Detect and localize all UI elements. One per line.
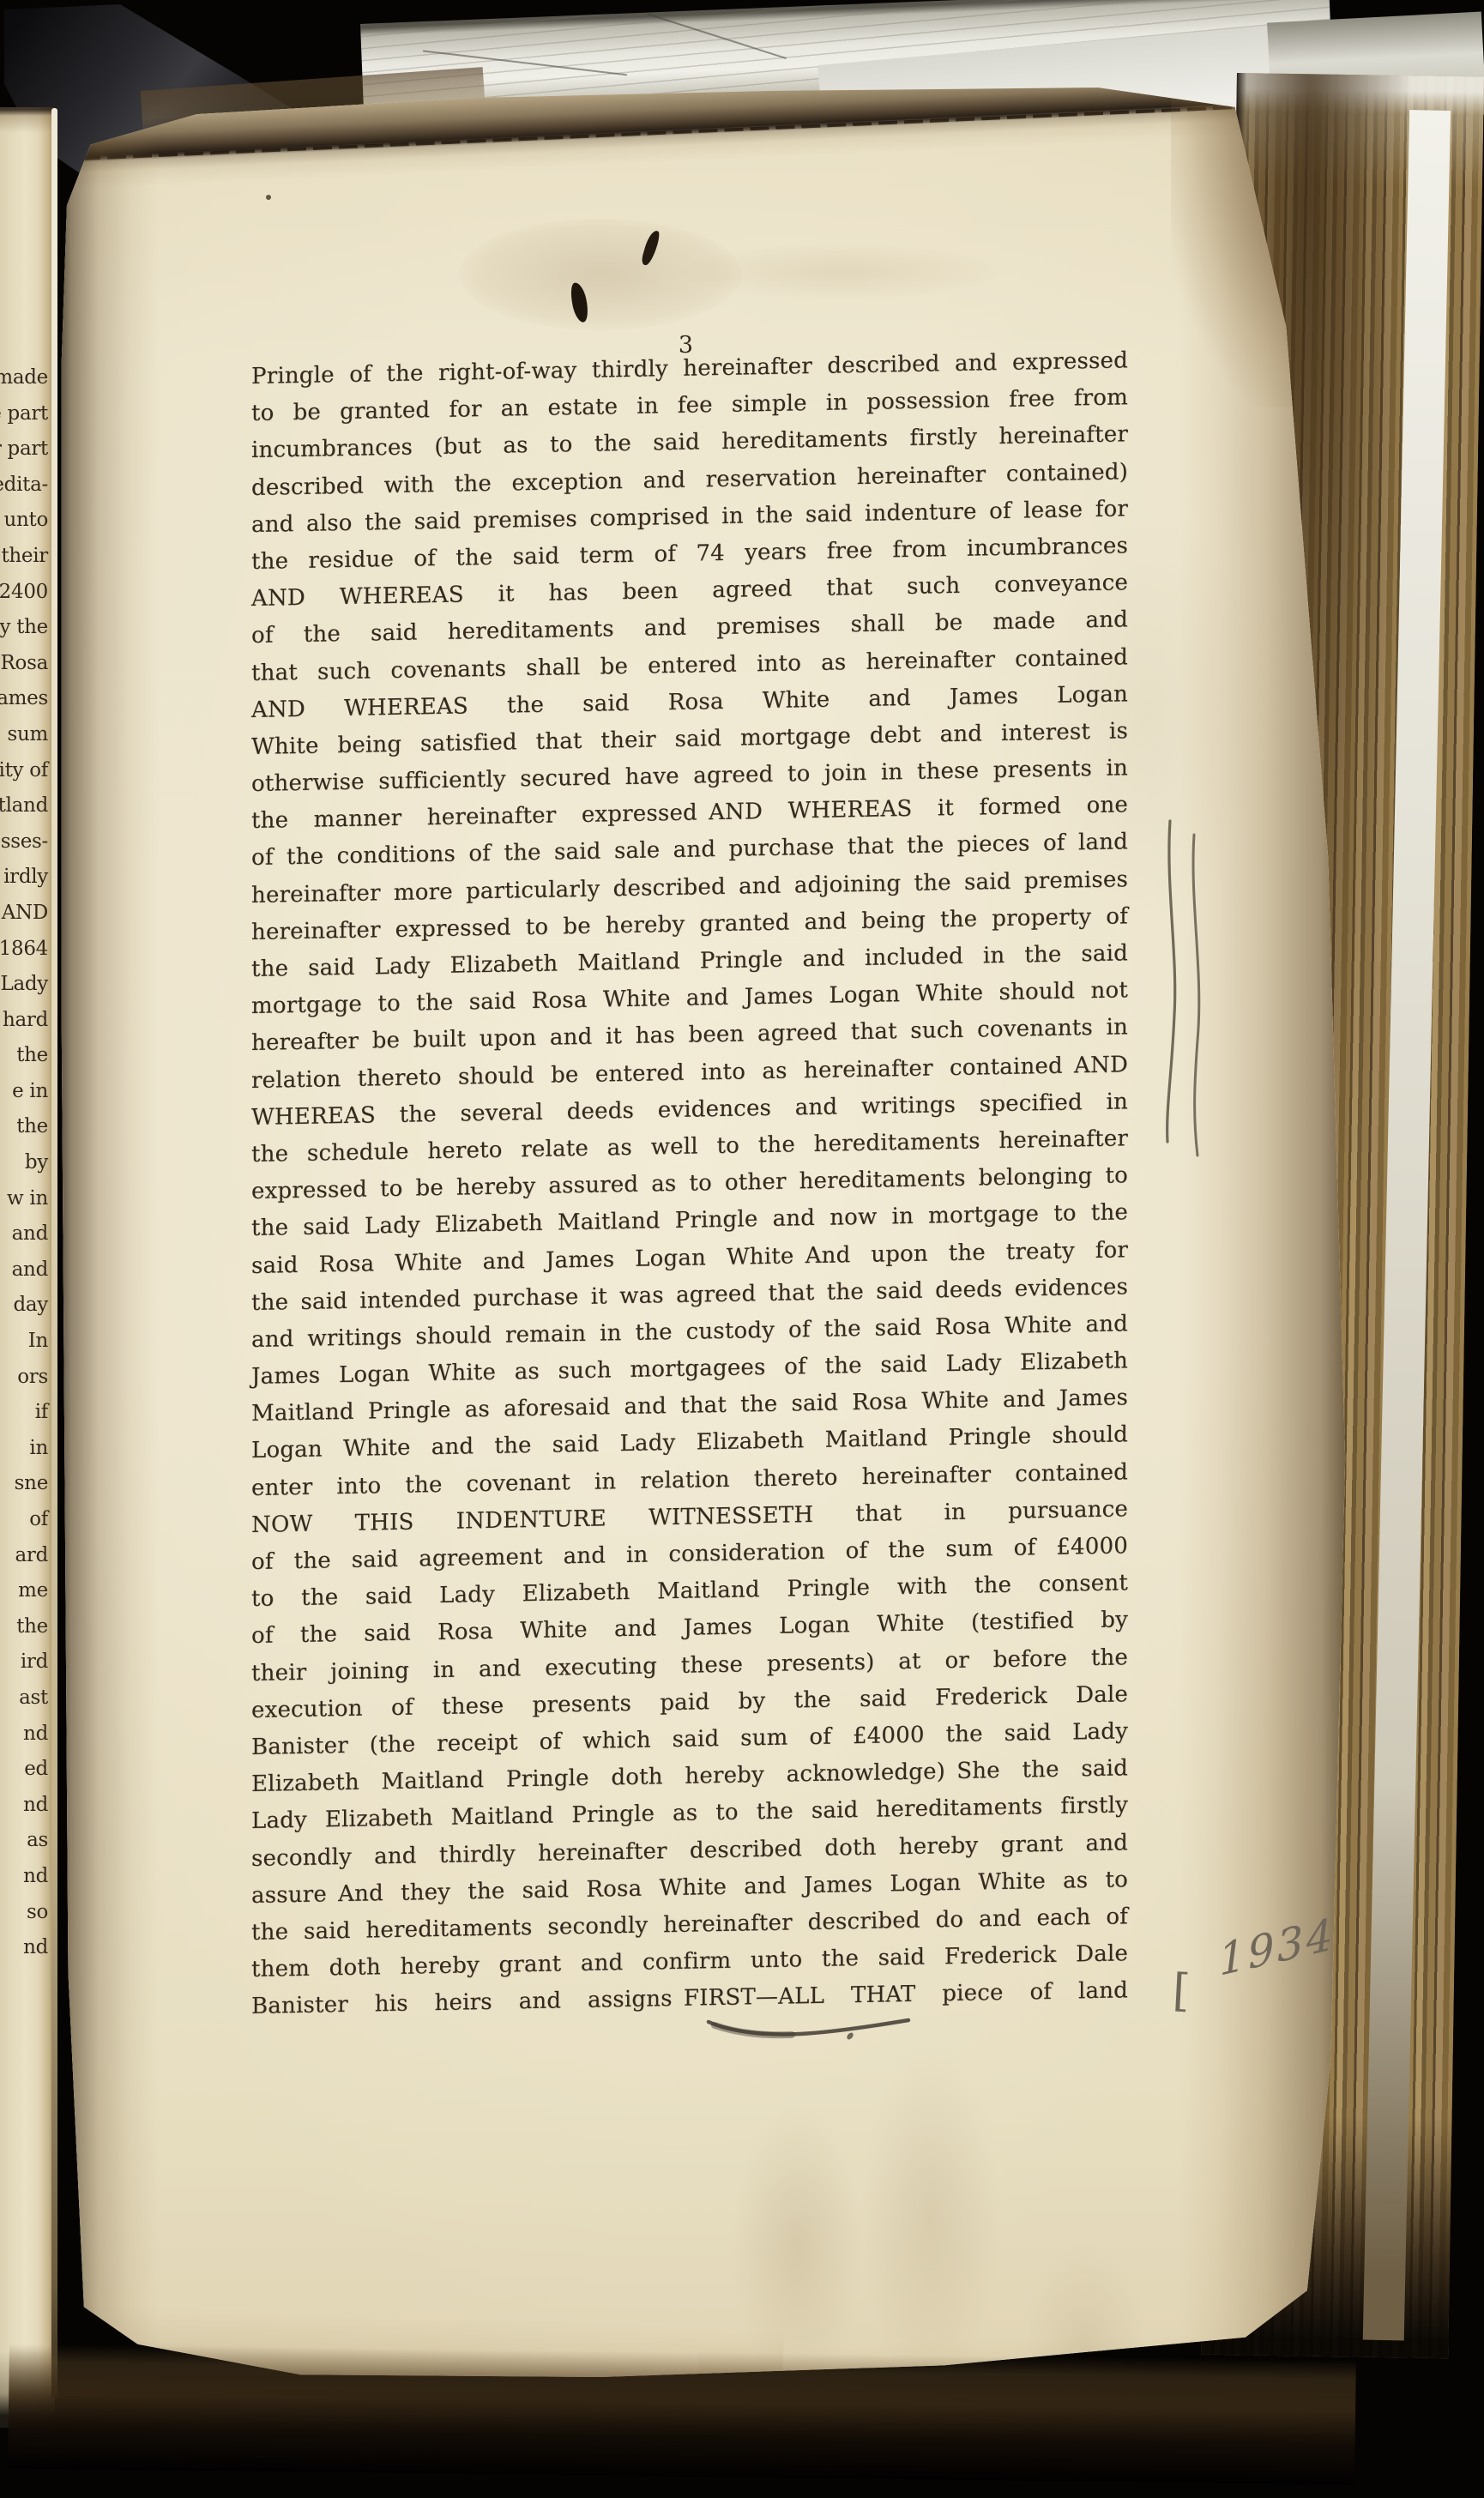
facing-page-line-fragment: ed bbox=[0, 1752, 48, 1788]
facing-page-line-fragment: r part bbox=[0, 431, 48, 468]
facing-page-line-fragment: Rosa bbox=[0, 646, 48, 682]
facing-page-line-fragment: e in bbox=[0, 1074, 48, 1110]
facing-page-line-fragment: the bbox=[0, 1609, 48, 1645]
facing-page-line-fragment: of bbox=[0, 1502, 48, 1538]
facing-page-line-fragment: day bbox=[0, 1288, 48, 1324]
facing-page-line-fragment: e part bbox=[0, 396, 48, 432]
book-page-scan: madee partr partedita-e untotheir£2400y … bbox=[0, 0, 1484, 2498]
facing-page-line-fragment: if bbox=[0, 1395, 48, 1431]
facing-page-line-fragment: made bbox=[0, 360, 48, 396]
fore-edge-light-stripe bbox=[1363, 110, 1451, 2340]
facing-page-line-fragment: 1864 bbox=[0, 932, 48, 968]
facing-page-text-column: madee partr partedita-e untotheir£2400y … bbox=[0, 360, 48, 1966]
facing-page-line-fragment: ames bbox=[0, 681, 48, 717]
pencil-bracket-mark: [ bbox=[1171, 1965, 1191, 2018]
facing-page-line-fragment: by bbox=[0, 1145, 48, 1181]
facing-page-line-fragment: edita- bbox=[0, 468, 48, 504]
facing-page-sliver: madee partr partedita-e untotheir£2400y … bbox=[0, 107, 55, 2428]
paper-stain bbox=[682, 244, 999, 299]
water-stain bbox=[733, 2106, 862, 2389]
pencil-underline-icon bbox=[706, 2015, 912, 2042]
water-stain bbox=[862, 2046, 999, 2389]
facing-page-line-fragment: £2400 bbox=[0, 575, 48, 611]
facing-page-line-fragment: ity of bbox=[0, 753, 48, 789]
scratch-mark bbox=[648, 14, 787, 60]
gutter-shadow bbox=[47, 81, 159, 2419]
facing-page-line-fragment: sum bbox=[0, 717, 48, 753]
facing-page-line-fragment: hard bbox=[0, 1003, 48, 1039]
body-text: Pringle of the right-of-way thirdly here… bbox=[251, 342, 1128, 2025]
facing-page-line-fragment: osses- bbox=[0, 824, 48, 860]
facing-page-line-fragment: ard bbox=[0, 1538, 48, 1574]
facing-page-line-fragment: nd bbox=[0, 1859, 48, 1895]
facing-page-line-fragment: nd bbox=[0, 1930, 48, 1966]
book-bottom-edge bbox=[8, 2344, 1356, 2484]
facing-page-line-fragment: nd bbox=[0, 1717, 48, 1753]
ink-speck bbox=[266, 195, 271, 200]
main-page: 3 Pringle of the right-of-way thirdly he… bbox=[47, 81, 1360, 2419]
facing-page-line-fragment: me bbox=[0, 1573, 48, 1609]
facing-page-line-fragment: sne bbox=[0, 1466, 48, 1502]
facing-page-line-fragment: nd bbox=[0, 1788, 48, 1824]
facing-page-line-fragment: in bbox=[0, 1431, 48, 1467]
facing-page-line-fragment: ors bbox=[0, 1360, 48, 1396]
facing-page-line-fragment: y the bbox=[0, 610, 48, 646]
facing-page-line-fragment: the bbox=[0, 1109, 48, 1145]
pencil-margin-marks-icon bbox=[1158, 818, 1218, 1161]
facing-page-line-fragment: e unto bbox=[0, 503, 48, 539]
facing-page-line-fragment: ird bbox=[0, 1644, 48, 1680]
facing-page-line-fragment: and bbox=[0, 1216, 48, 1252]
facing-page-line-fragment: their bbox=[0, 539, 48, 575]
facing-page-line-fragment: tland bbox=[0, 788, 48, 824]
facing-page-line-fragment: irdly bbox=[0, 860, 48, 896]
facing-page-line-fragment: the bbox=[0, 1038, 48, 1074]
gutter-page-edge-highlight bbox=[51, 108, 57, 2398]
facing-page-line-fragment: as bbox=[0, 1823, 48, 1859]
facing-page-line-fragment: w in bbox=[0, 1181, 48, 1217]
facing-page-line-fragment: In bbox=[0, 1324, 48, 1360]
facing-page-line-fragment: so bbox=[0, 1895, 48, 1931]
facing-page-line-fragment: AND bbox=[0, 896, 48, 932]
facing-page-line-fragment: ast bbox=[0, 1680, 48, 1717]
facing-page-line-fragment: Lady bbox=[0, 967, 48, 1003]
facing-page-line-fragment: and bbox=[0, 1252, 48, 1288]
